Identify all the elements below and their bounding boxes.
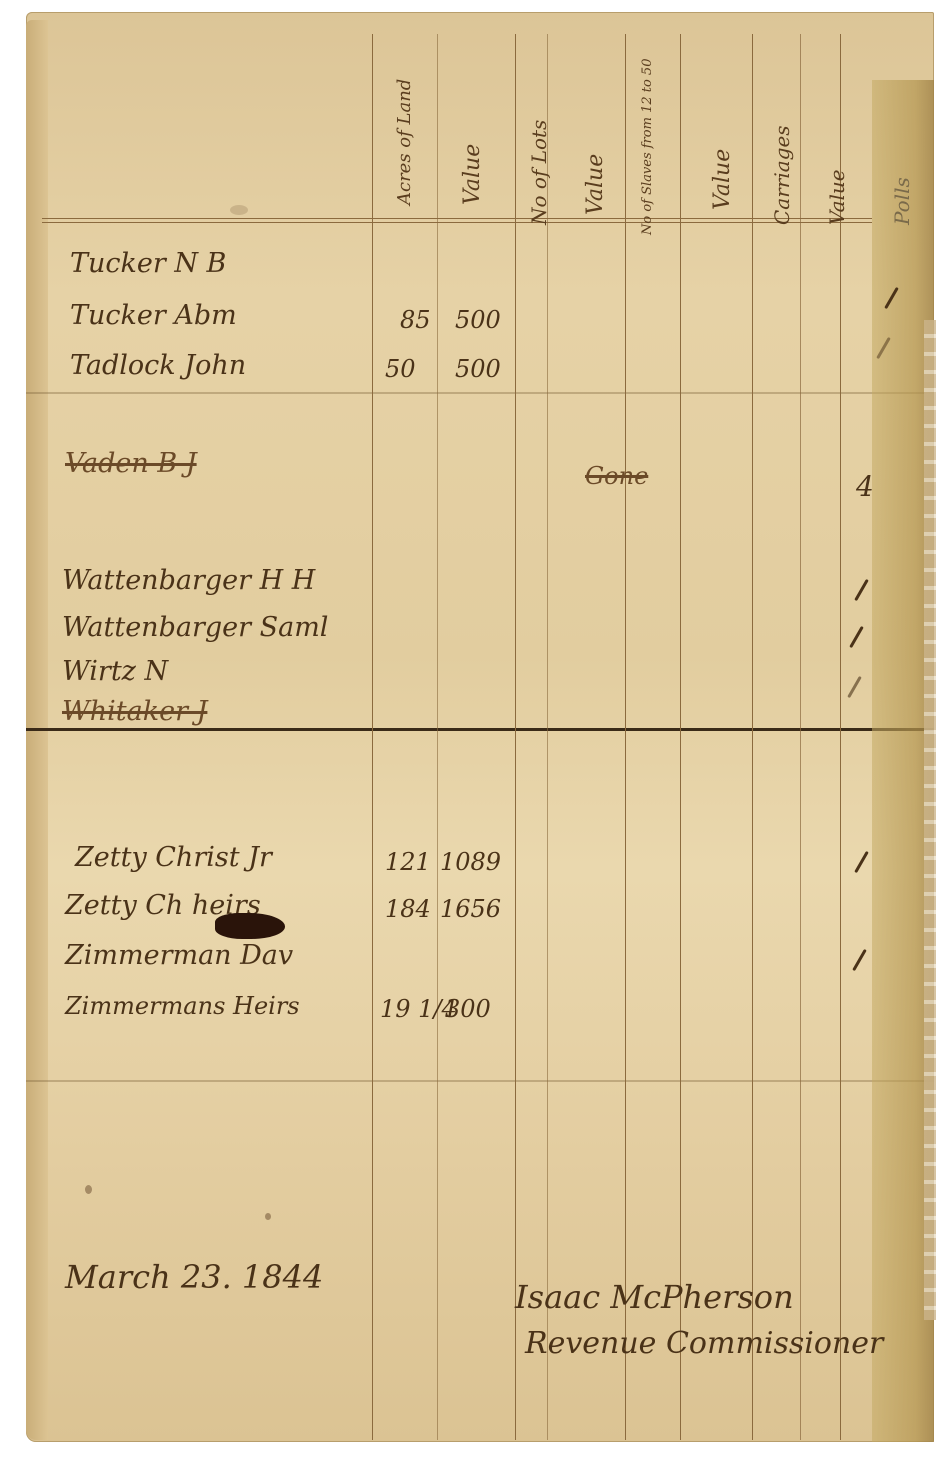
column-line: [515, 34, 516, 1440]
paper-fold: [26, 392, 934, 394]
row-acres: 184: [385, 895, 431, 923]
row-name: Wattenbarger Saml: [62, 612, 328, 643]
stain: [85, 1185, 92, 1194]
row-acres: 121: [385, 848, 431, 876]
row-name: Tucker Abm: [70, 300, 237, 331]
column-line: [547, 34, 548, 1440]
row-name: Zimmermans Heirs: [65, 992, 300, 1020]
row-land-value: 1656: [440, 895, 501, 923]
signature-title: Revenue Commissioner: [525, 1326, 883, 1361]
header-polls: Polls: [890, 177, 914, 225]
section-divider: [26, 728, 934, 731]
column-line: [840, 34, 841, 1440]
stain: [265, 1213, 271, 1220]
row-polls: 4: [856, 470, 874, 503]
row-name: Zetty Christ Jr: [75, 842, 272, 873]
header-carriages-value: Value: [825, 169, 849, 225]
row-land-value: 1089: [440, 848, 501, 876]
paper-fold: [26, 1080, 934, 1082]
row-name: Tadlock John: [70, 350, 246, 381]
header-acres: Acres of Land: [394, 79, 415, 205]
column-line: [437, 34, 438, 1440]
row-lots-value-struck: Gone: [585, 462, 648, 490]
row-name: Wattenbarger H H: [62, 565, 315, 596]
column-line: [680, 34, 681, 1440]
ledger-page: [26, 12, 934, 1442]
row-name-struck: Whitaker J: [62, 696, 207, 727]
column-line: [752, 34, 753, 1440]
binding-stitching: [924, 320, 936, 1320]
header-slaves-value: Value: [710, 149, 735, 210]
row-land-value: 500: [455, 306, 501, 334]
header-rule: [42, 222, 872, 223]
header-land-value: Value: [460, 144, 485, 205]
header-rule: [42, 218, 872, 219]
column-line: [625, 34, 626, 1440]
header-lots: No of Lots: [527, 120, 551, 225]
column-line: [372, 34, 373, 1440]
row-name: Tucker N B: [70, 248, 226, 279]
signature-name: Isaac McPherson: [515, 1278, 794, 1316]
entry-date: March 23. 1844: [65, 1258, 323, 1296]
row-land-value: 500: [455, 355, 501, 383]
row-name: Zimmerman Dav: [65, 940, 293, 971]
column-line: [800, 34, 801, 1440]
header-lots-value: Value: [583, 154, 608, 215]
row-acres: 85: [400, 306, 431, 334]
header-carriages: Carriages: [770, 125, 794, 225]
ink-blot: [215, 913, 285, 939]
row-name-struck: Vaden B J: [65, 448, 197, 479]
stain: [230, 205, 248, 215]
row-name: Wirtz N: [62, 656, 168, 687]
row-land-value: 300: [445, 995, 491, 1023]
header-slaves: No of Slaves from 12 to 50: [640, 35, 656, 235]
row-acres: 50: [385, 355, 416, 383]
